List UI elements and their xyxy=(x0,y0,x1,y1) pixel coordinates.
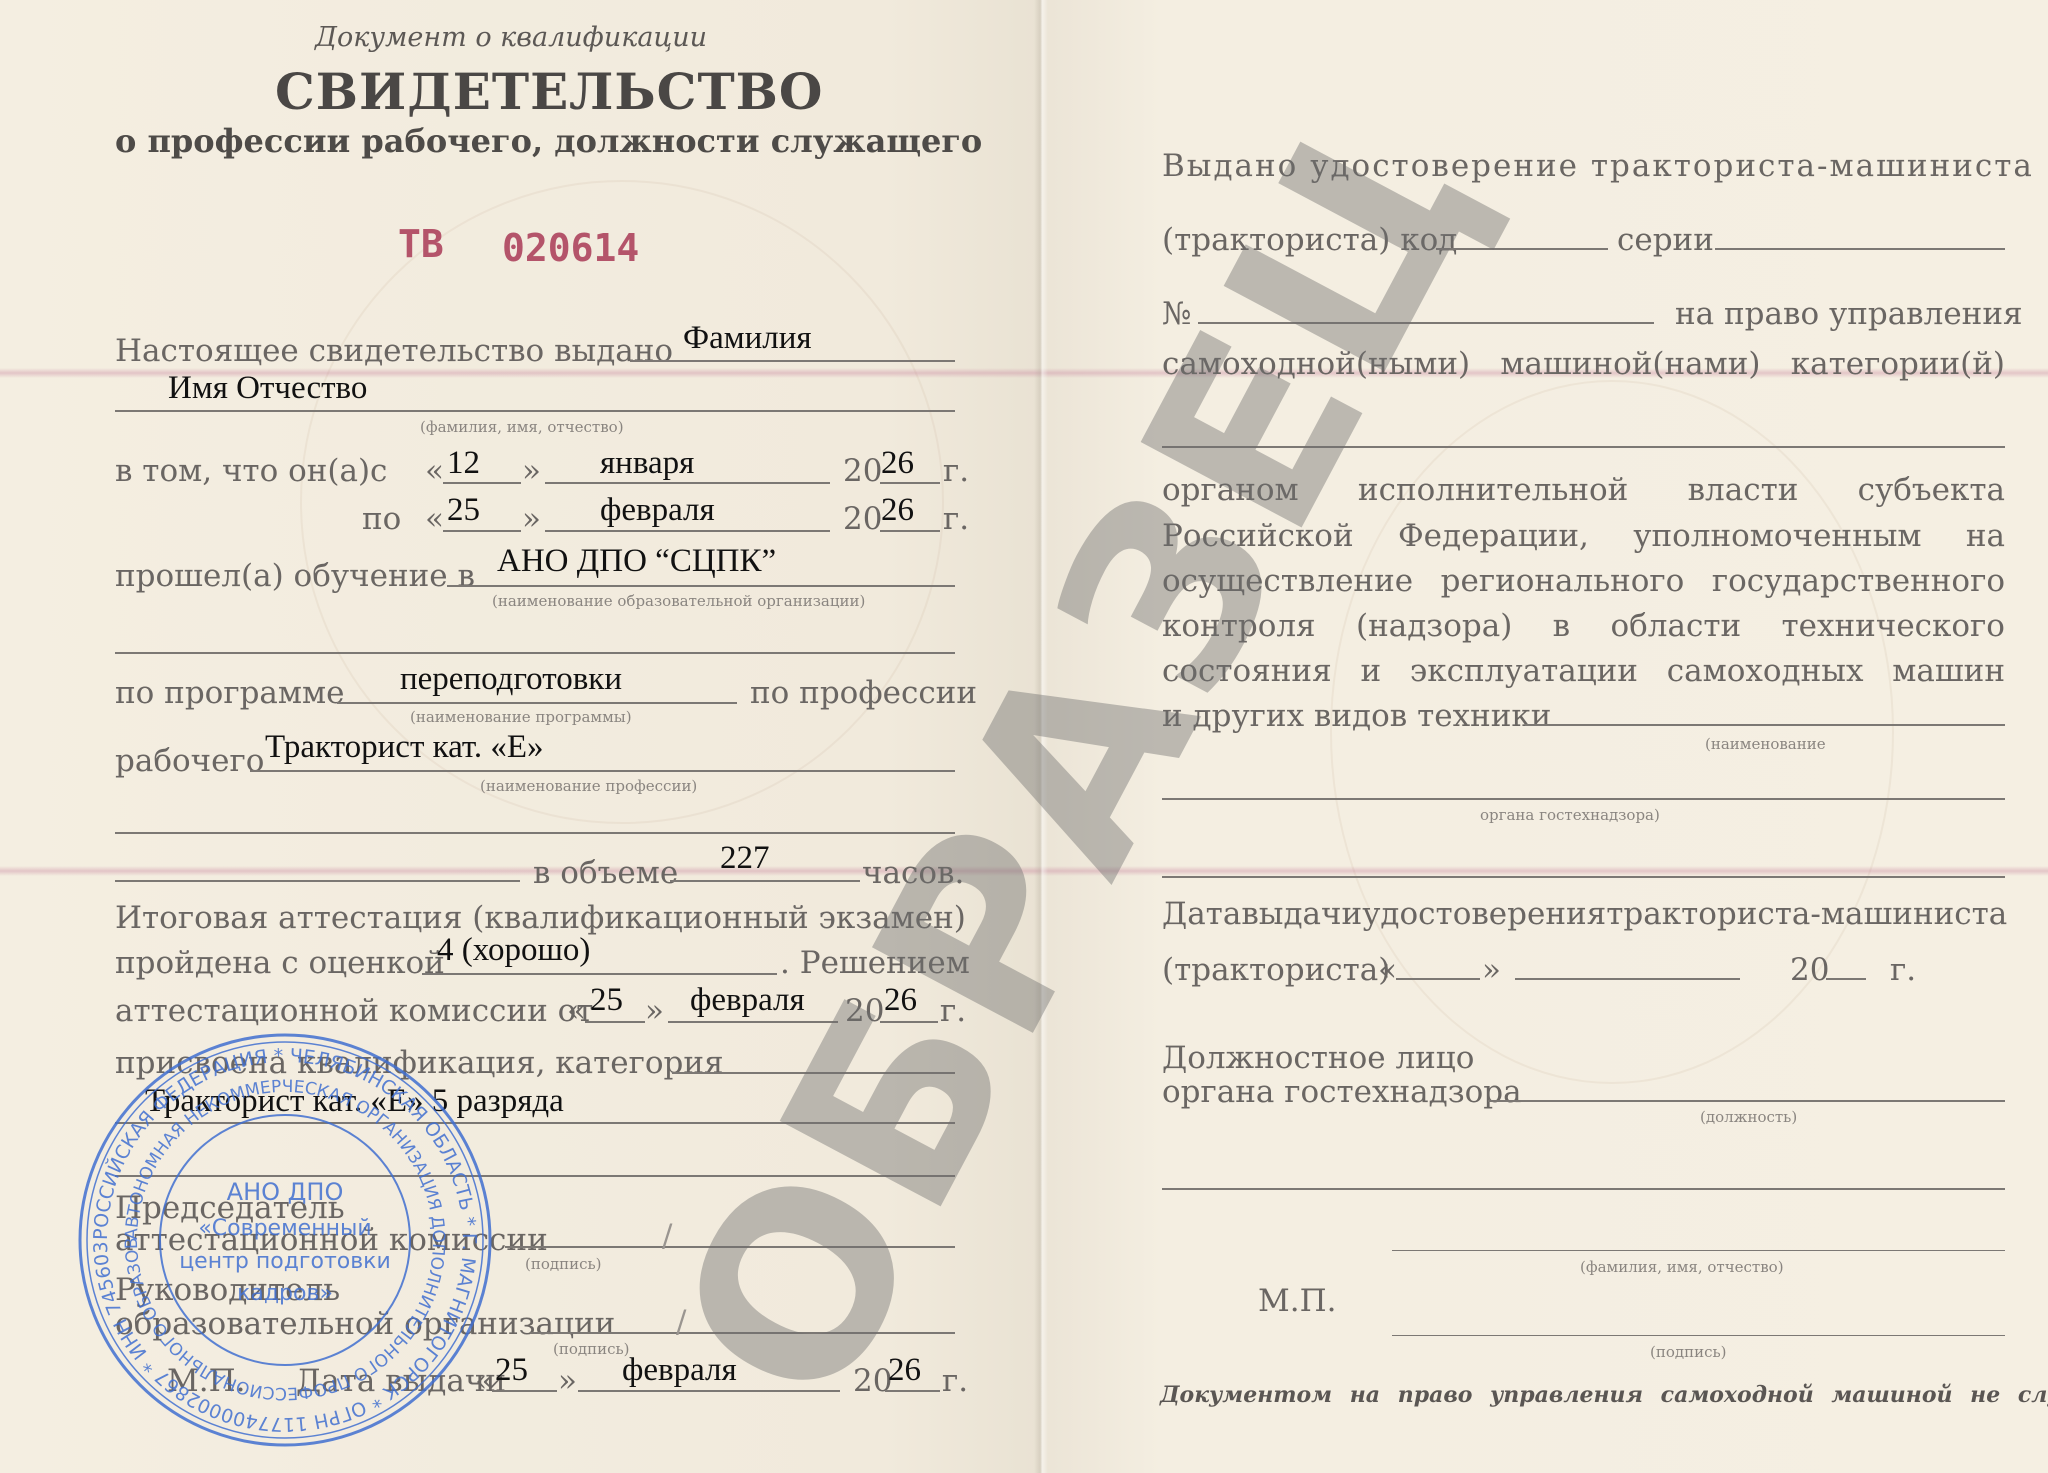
organization-stamp: РОССИЙСКАЯ ФЕДЕРАЦИЯ * ЧЕЛЯБИНСКАЯ ОБЛАС… xyxy=(75,1030,495,1450)
word: субъекта xyxy=(1858,472,2005,508)
year-suffix: г. xyxy=(943,453,969,489)
word: (надзора) xyxy=(1356,608,1512,644)
decision-label: . Решением xyxy=(780,945,970,981)
profession-caption: (наименование профессии) xyxy=(480,777,697,795)
training-label: прошел(а) обучение в xyxy=(115,558,475,594)
from-month-field[interactable]: января xyxy=(600,445,694,482)
quote-close: » xyxy=(522,453,541,489)
authority-name-field-2[interactable] xyxy=(1162,798,2005,800)
program-caption: (наименование программы) xyxy=(410,708,632,726)
authority-line: осуществление регионального государствен… xyxy=(1162,563,2005,599)
issue-day-field[interactable]: 25 xyxy=(495,1352,528,1389)
underline xyxy=(443,530,521,532)
word: Дата xyxy=(1162,896,1241,932)
mp-label: М.П. xyxy=(1258,1283,1336,1319)
word: технического xyxy=(1782,608,2005,644)
underline xyxy=(250,770,955,772)
name-caption: (наименование xyxy=(1705,735,1826,753)
hours-field[interactable]: 227 xyxy=(720,840,770,877)
position-field[interactable] xyxy=(1488,1100,2005,1102)
commission-year-field[interactable]: 26 xyxy=(884,982,917,1019)
quote-open: « xyxy=(567,993,586,1029)
chairman-signature-line[interactable] xyxy=(505,1246,955,1248)
word: на xyxy=(1966,518,2005,554)
underline xyxy=(443,482,521,484)
year-prefix: 20 xyxy=(853,1363,892,1399)
program-label: по программе xyxy=(115,675,345,711)
to-label: по xyxy=(362,501,401,537)
quote-open: « xyxy=(425,501,444,537)
word: состояния xyxy=(1162,653,1332,689)
word: тракториста-машиниста xyxy=(1606,896,2007,932)
commission-month-field[interactable]: февраля xyxy=(690,982,805,1019)
underline xyxy=(630,360,955,362)
period-label: в том, что он(а) xyxy=(115,453,370,489)
surname-field[interactable]: Фамилия xyxy=(683,320,812,357)
series-label: серии xyxy=(1617,222,1714,258)
profession-field[interactable]: Тракторист кат. «Е» xyxy=(265,729,544,766)
svg-text:кадров»: кадров» xyxy=(237,1281,333,1306)
authority-line: Российской Федерации, уполномоченным на xyxy=(1162,518,2005,554)
word: самоходных xyxy=(1667,653,1864,689)
certificate-title: СВИДЕТЕЛЬСТВО xyxy=(275,62,823,121)
year-suffix: г. xyxy=(943,501,969,537)
year-prefix: 20 xyxy=(1790,952,1829,988)
year-suffix: г. xyxy=(1890,952,1916,988)
svg-text:АНО ДПО: АНО ДПО xyxy=(227,1178,344,1206)
issue-day-field[interactable] xyxy=(1396,978,1480,980)
word: Российской xyxy=(1162,518,1354,554)
code-label: (тракториста) код xyxy=(1162,222,1457,258)
underline xyxy=(545,482,830,484)
year-prefix: 20 xyxy=(843,453,882,489)
hours-label: часов. xyxy=(862,855,964,891)
underline xyxy=(422,973,777,975)
year-suffix: г. xyxy=(942,1363,968,1399)
underline xyxy=(578,1390,840,1392)
underline xyxy=(1162,876,2005,878)
number-field[interactable] xyxy=(1198,322,1654,324)
number-label: № xyxy=(1162,296,1191,332)
to-day-field[interactable]: 25 xyxy=(447,492,480,529)
word: выдачи xyxy=(1241,896,1362,932)
commission-label: аттестационной комиссии от xyxy=(115,993,593,1029)
word: Федерации, xyxy=(1398,518,1589,554)
underline xyxy=(585,1021,645,1023)
issue-month-field[interactable] xyxy=(1515,978,1740,980)
issue-year-field[interactable]: 26 xyxy=(888,1352,921,1389)
security-band xyxy=(0,866,2048,876)
doc-type-heading: Документ о квалификации xyxy=(315,22,707,53)
fio-caption: (фамилия, имя, отчество) xyxy=(420,418,624,436)
word: уполномоченным xyxy=(1633,518,1921,554)
word: власти xyxy=(1688,472,1799,508)
issued-to-label: Настоящее свидетельство выдано xyxy=(115,333,673,369)
name-patronymic-field[interactable]: Имя Отчество xyxy=(168,370,367,407)
position-caption: (должность) xyxy=(1700,1108,1797,1126)
word: государственного xyxy=(1712,563,2005,599)
underline xyxy=(880,482,940,484)
official-fio-field[interactable] xyxy=(1392,1250,2005,1251)
from-year-field[interactable]: 26 xyxy=(881,445,914,482)
quote-close: » xyxy=(645,993,664,1029)
underline xyxy=(492,1390,557,1392)
page-fold xyxy=(1034,0,1048,1473)
profession-label-2: рабочего xyxy=(115,743,264,779)
issue-year-field[interactable] xyxy=(1826,978,1866,980)
official-label-1: Должностное лицо xyxy=(1162,1040,1474,1076)
underline xyxy=(885,1390,940,1392)
word: осуществление xyxy=(1162,563,1413,599)
word: машин xyxy=(1892,653,2005,689)
grade-label: пройдена с оценкой xyxy=(115,945,445,981)
word: в xyxy=(1553,608,1570,644)
attestation-text: Итоговая аттестация (квалификационный эк… xyxy=(115,900,966,936)
head-signature-line[interactable] xyxy=(530,1332,955,1334)
issue-month-field[interactable]: февраля xyxy=(622,1352,737,1389)
word: машиной(нами) xyxy=(1500,346,1760,382)
other-tech-label: и других видов техники xyxy=(1162,698,1551,734)
to-month-field[interactable]: февраля xyxy=(600,492,715,529)
underline xyxy=(668,1021,838,1023)
underline xyxy=(337,702,737,704)
year-suffix: г. xyxy=(940,993,966,1029)
issue-date-line: Дата выдачи удостоверения тракториста-ма… xyxy=(1162,896,2005,932)
underline xyxy=(545,530,830,532)
word: самоходной(ными) xyxy=(1162,346,1470,382)
svg-text:«Современный: «Современный xyxy=(198,1216,371,1241)
issued-license-label: Выдано удостоверение тракториста-машинис… xyxy=(1162,148,2034,184)
categories-field[interactable] xyxy=(1162,446,2005,448)
underline xyxy=(880,1021,938,1023)
year-prefix: 20 xyxy=(845,993,884,1029)
attestation-line: Итоговая аттестация (квалификационный эк… xyxy=(115,900,955,936)
categories-line: самоходной(ными) машиной(нами) категории… xyxy=(1162,346,2005,382)
slash-divider: / xyxy=(662,1218,672,1254)
word: и xyxy=(1360,653,1381,689)
right-label: на право управления xyxy=(1675,296,2023,332)
official-signature-field[interactable] xyxy=(1392,1335,2005,1336)
serial-number: 020614 xyxy=(502,226,639,270)
underline xyxy=(115,880,520,882)
underline xyxy=(1162,1188,2005,1190)
authority-line: состояния и эксплуатации самоходных маши… xyxy=(1162,653,2005,689)
underline xyxy=(115,832,955,834)
word: удостоверения xyxy=(1362,896,1606,932)
commission-day-field[interactable]: 25 xyxy=(590,982,623,1019)
quote-open: « xyxy=(425,453,444,489)
quote-close: » xyxy=(522,501,541,537)
organization-caption: (наименование образовательной организаци… xyxy=(492,592,865,610)
to-year-field[interactable]: 26 xyxy=(881,492,914,529)
authority-line: органом исполнительной власти субъекта xyxy=(1162,472,2005,508)
underline xyxy=(447,585,955,587)
from-day-field[interactable]: 12 xyxy=(447,445,480,482)
profession-label-1: по профессии xyxy=(750,675,977,711)
word: области xyxy=(1610,608,1741,644)
from-label: с xyxy=(370,453,387,489)
certificate-subtitle: о профессии рабочего, должности служащег… xyxy=(115,122,982,160)
series-field[interactable] xyxy=(1715,248,2005,250)
underline xyxy=(670,880,860,882)
underline xyxy=(672,1072,955,1074)
name-caption: органа гостехнадзора) xyxy=(1480,806,1660,824)
svg-text:центр подготовки: центр подготовки xyxy=(179,1249,391,1274)
program-field[interactable]: переподготовки xyxy=(400,661,622,698)
fio-caption: (фамилия, имя, отчество) xyxy=(1580,1258,1784,1276)
official-label-2: органа гостехнадзора xyxy=(1162,1074,1522,1110)
serial-series: ТВ xyxy=(398,222,444,266)
signature-caption: (подпись) xyxy=(553,1340,630,1358)
underline xyxy=(115,410,955,412)
slash-divider: / xyxy=(676,1304,686,1340)
issue-date-label2: (тракториста) xyxy=(1162,952,1390,988)
word: исполнительной xyxy=(1358,472,1628,508)
word: эксплуатации xyxy=(1410,653,1638,689)
code-field[interactable] xyxy=(1436,248,1608,250)
underline xyxy=(115,652,955,654)
signature-caption: (подпись) xyxy=(1650,1343,1727,1361)
word: регионального xyxy=(1441,563,1685,599)
volume-label: в объеме xyxy=(533,855,678,891)
authority-line: контроля (надзора) в области техническог… xyxy=(1162,608,2005,644)
authority-name-field[interactable] xyxy=(1525,724,2005,726)
word: органом xyxy=(1162,472,1299,508)
quote-close: » xyxy=(558,1363,577,1399)
grade-field[interactable]: 4 (хорошо) xyxy=(437,932,590,969)
word: контроля xyxy=(1162,608,1316,644)
year-prefix: 20 xyxy=(843,501,882,537)
disclaimer: Документом на право управления самоходно… xyxy=(1160,1382,2048,1408)
word: категории(й) xyxy=(1791,346,2005,382)
organization-field[interactable]: АНО ДПО “СЦПК” xyxy=(497,543,776,580)
signature-caption: (подпись) xyxy=(525,1255,602,1273)
underline xyxy=(880,530,940,532)
